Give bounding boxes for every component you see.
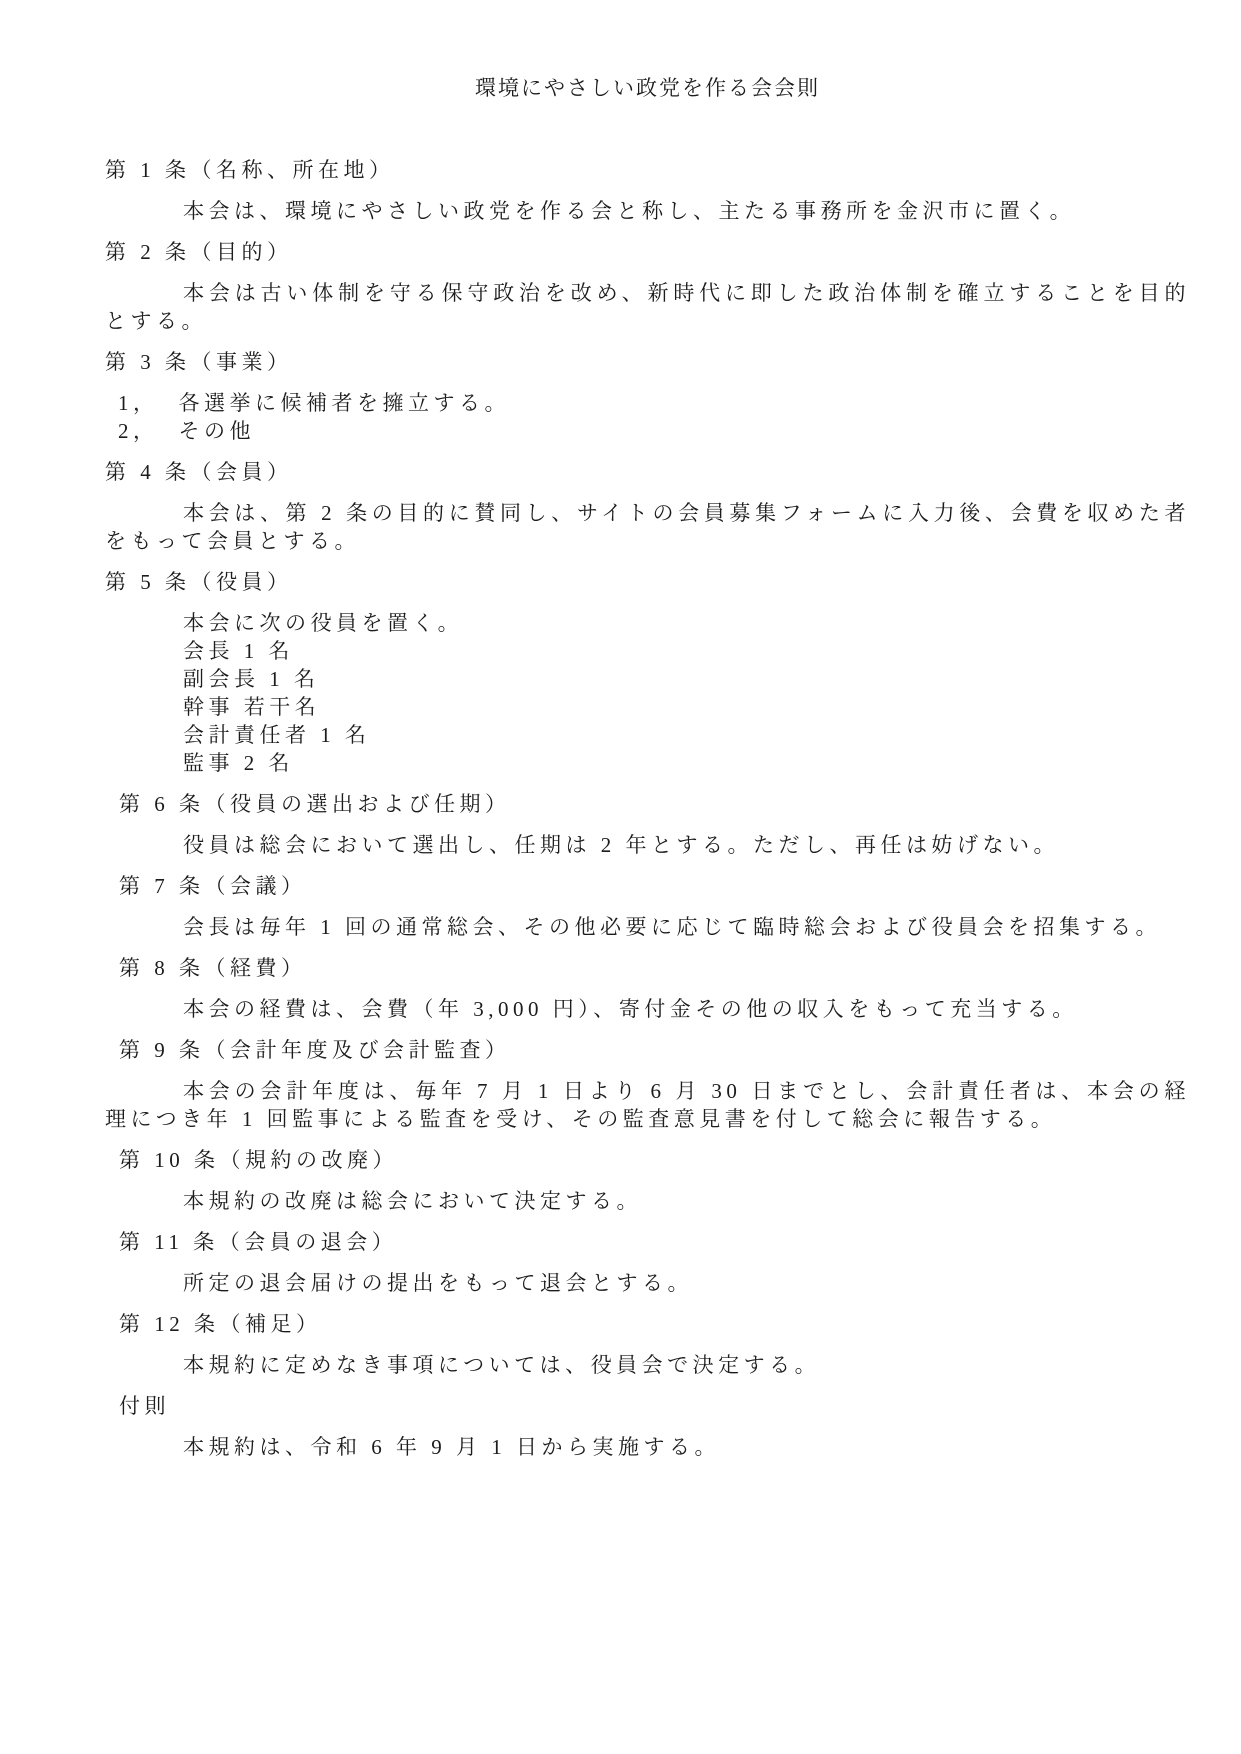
document-body: 第 1 条（名称、所在地）本会は、環境にやさしい政党を作る会と称し、主たる事務所… <box>105 156 1190 1461</box>
article-heading: 第 2 条（目的） <box>105 238 1190 266</box>
article-heading: 第 3 条（事業） <box>105 348 1190 376</box>
article-heading: 第 6 条（役員の選出および任期） <box>105 790 1190 818</box>
officer-list: 本会に次の役員を置く。会長 1 名副会長 1 名幹事 若干名会計責任者 1 名監… <box>105 609 1190 777</box>
list-item-text: その他 <box>179 417 256 445</box>
body-paragraph: 所定の退会届けの提出をもって退会とする。 <box>105 1269 1190 1297</box>
officer-line: 会計責任者 1 名 <box>105 721 1190 749</box>
body-paragraph: 本会の会計年度は、毎年 7 月 1 日より 6 月 30 日までとし、会計責任者… <box>105 1077 1190 1133</box>
page-title: 環境にやさしい政党を作る会会則 <box>105 74 1190 102</box>
officer-line: 会長 1 名 <box>105 637 1190 665</box>
article-heading: 第 8 条（経費） <box>105 954 1190 982</box>
list-item-text: 各選挙に候補者を擁立する。 <box>179 389 511 417</box>
body-paragraph: 本会は、第 2 条の目的に賛同し、サイトの会員募集フォームに入力後、会費を収めた… <box>105 499 1190 555</box>
article-heading: 第 5 条（役員） <box>105 568 1190 596</box>
body-paragraph: 会長は毎年 1 回の通常総会、その他必要に応じて臨時総会および役員会を招集する。 <box>105 913 1190 941</box>
annex-heading: 付則 <box>105 1392 1190 1420</box>
body-paragraph: 本会は古い体制を守る保守政治を改め、新時代に即した政治体制を確立することを目的と… <box>105 279 1190 335</box>
body-paragraph: 本会は、環境にやさしい政党を作る会と称し、主たる事務所を金沢市に置く。 <box>105 197 1190 225</box>
article-heading: 第 11 条（会員の退会） <box>105 1228 1190 1256</box>
body-paragraph: 本規約の改廃は総会において決定する。 <box>105 1187 1190 1215</box>
enumerated-list: 1，各選挙に候補者を擁立する。2，その他 <box>105 389 1190 445</box>
list-item: 2，その他 <box>105 417 1190 445</box>
officer-line: 副会長 1 名 <box>105 665 1190 693</box>
article-heading: 第 7 条（会議） <box>105 872 1190 900</box>
article-heading: 第 9 条（会計年度及び会計監査） <box>105 1036 1190 1064</box>
list-item-number: 1， <box>118 389 159 417</box>
body-paragraph: 本規約は、令和 6 年 9 月 1 日から実施する。 <box>105 1433 1190 1461</box>
document-page: 環境にやさしい政党を作る会会則 第 1 条（名称、所在地）本会は、環境にやさしい… <box>0 0 1241 1754</box>
officer-line: 監事 2 名 <box>105 749 1190 777</box>
officer-line: 幹事 若干名 <box>105 693 1190 721</box>
body-paragraph: 本会の経費は、会費（年 3,000 円）、寄付金その他の収入をもって充当する。 <box>105 995 1190 1023</box>
list-item: 1，各選挙に候補者を擁立する。 <box>105 389 1190 417</box>
body-paragraph: 役員は総会において選出し、任期は 2 年とする。ただし、再任は妨げない。 <box>105 831 1190 859</box>
list-item-number: 2， <box>118 417 159 445</box>
article-heading: 第 10 条（規約の改廃） <box>105 1146 1190 1174</box>
article-heading: 第 1 条（名称、所在地） <box>105 156 1190 184</box>
article-heading: 第 12 条（補足） <box>105 1310 1190 1338</box>
body-paragraph: 本規約に定めなき事項については、役員会で決定する。 <box>105 1351 1190 1379</box>
officer-line: 本会に次の役員を置く。 <box>105 609 1190 637</box>
article-heading: 第 4 条（会員） <box>105 458 1190 486</box>
